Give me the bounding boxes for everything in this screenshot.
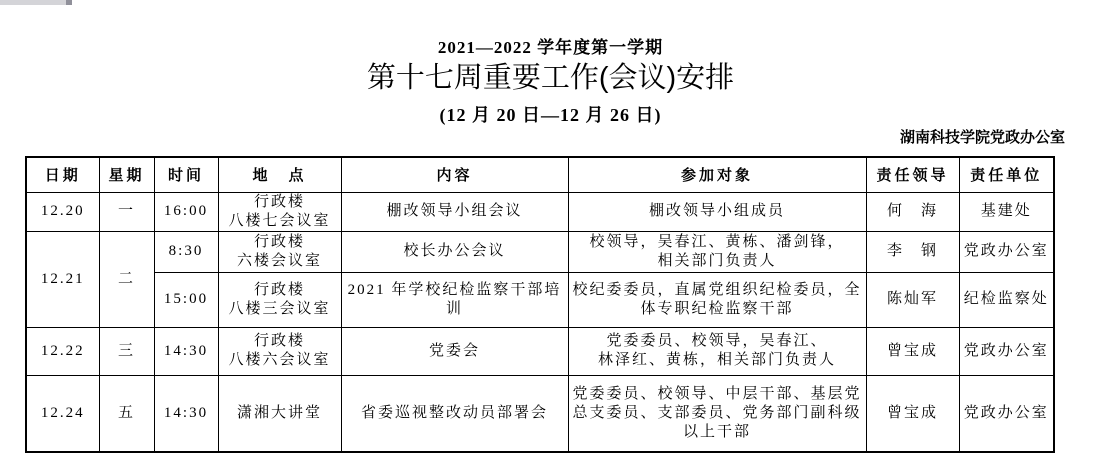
leader-cell: 李 钢 bbox=[866, 231, 959, 272]
horizontal-scrollbar-track[interactable] bbox=[0, 0, 72, 5]
participants-cell: 党委委员、校领导、中层干部、基层党 总支委员、支部委员、党务部门副科级 以上干部 bbox=[568, 375, 866, 452]
place-cell: 行政楼 八楼七会议室 bbox=[218, 192, 341, 231]
header-leader: 责任领导 bbox=[866, 157, 959, 192]
date-cell: 12.21 bbox=[26, 231, 99, 327]
date-range: (12 月 20 日—12 月 26 日) bbox=[0, 101, 1101, 127]
weekday-cell: 五 bbox=[99, 375, 154, 452]
leader-cell: 曾宝成 bbox=[866, 375, 959, 452]
participants-cell: 校领导，吴春江、黄栋、潘剑锋， 相关部门负责人 bbox=[568, 231, 866, 272]
time-cell: 8:30 bbox=[154, 231, 218, 272]
content-cell: 校长办公会议 bbox=[341, 231, 568, 272]
issuing-office: 湖南科技学院党政办公室 bbox=[0, 128, 1101, 148]
table-row: 15:00 行政楼 八楼三会议室 2021 年学校纪检监察干部培训 校纪委委员，… bbox=[26, 272, 1054, 327]
unit-cell: 纪检监察处 bbox=[959, 272, 1054, 327]
time-cell: 14:30 bbox=[154, 327, 218, 375]
content-cell: 党委会 bbox=[341, 327, 568, 375]
weekly-schedule-table: 日期 星期 时间 地 点 内容 参加对象 责任领导 责任单位 12.20 一 1… bbox=[25, 156, 1055, 453]
header-weekday: 星期 bbox=[99, 157, 154, 192]
unit-cell: 党政办公室 bbox=[959, 231, 1054, 272]
time-cell: 14:30 bbox=[154, 375, 218, 452]
participants-cell: 校纪委委员，直属党组织纪检委员，全 体专职纪检监察干部 bbox=[568, 272, 866, 327]
header-date: 日期 bbox=[26, 157, 99, 192]
weekday-cell: 三 bbox=[99, 327, 154, 375]
weekday-cell: 一 bbox=[99, 192, 154, 231]
header-time: 时间 bbox=[154, 157, 218, 192]
unit-cell: 党政办公室 bbox=[959, 375, 1054, 452]
participants-cell: 棚改领导小组成员 bbox=[568, 192, 866, 231]
table-row: 12.24 五 14:30 潇湘大讲堂 省委巡视整改动员部署会 党委委员、校领导… bbox=[26, 375, 1054, 452]
table-header-row: 日期 星期 时间 地 点 内容 参加对象 责任领导 责任单位 bbox=[26, 157, 1054, 192]
place-cell: 行政楼 六楼会议室 bbox=[218, 231, 341, 272]
page-title: 第十七周重要工作(会议)安排 bbox=[0, 61, 1101, 95]
date-cell: 12.22 bbox=[26, 327, 99, 375]
table-row: 12.21 二 8:30 行政楼 六楼会议室 校长办公会议 校领导，吴春江、黄栋… bbox=[26, 231, 1054, 272]
schedule-document: 2021—2022 学年度第一学期 第十七周重要工作(会议)安排 (12 月 2… bbox=[0, 0, 1101, 474]
participants-cell: 党委委员、校领导，吴春江、 林泽红、黄栋，相关部门负责人 bbox=[568, 327, 866, 375]
header-content: 内容 bbox=[341, 157, 568, 192]
title-block: 2021—2022 学年度第一学期 第十七周重要工作(会议)安排 (12 月 2… bbox=[0, 0, 1101, 127]
content-cell: 棚改领导小组会议 bbox=[341, 192, 568, 231]
content-cell: 省委巡视整改动员部署会 bbox=[341, 375, 568, 452]
date-cell: 12.24 bbox=[26, 375, 99, 452]
leader-cell: 何 海 bbox=[866, 192, 959, 231]
leader-cell: 陈灿军 bbox=[866, 272, 959, 327]
horizontal-scrollbar-thumb[interactable] bbox=[66, 0, 72, 5]
table-row: 12.20 一 16:00 行政楼 八楼七会议室 棚改领导小组会议 棚改领导小组… bbox=[26, 192, 1054, 231]
semester-title: 2021—2022 学年度第一学期 bbox=[0, 0, 1101, 58]
content-cell: 2021 年学校纪检监察干部培训 bbox=[341, 272, 568, 327]
header-place: 地 点 bbox=[218, 157, 341, 192]
time-cell: 16:00 bbox=[154, 192, 218, 231]
leader-cell: 曾宝成 bbox=[866, 327, 959, 375]
unit-cell: 党政办公室 bbox=[959, 327, 1054, 375]
unit-cell: 基建处 bbox=[959, 192, 1054, 231]
time-cell: 15:00 bbox=[154, 272, 218, 327]
table-row: 12.22 三 14:30 行政楼 八楼六会议室 党委会 党委委员、校领导，吴春… bbox=[26, 327, 1054, 375]
place-cell: 潇湘大讲堂 bbox=[218, 375, 341, 452]
header-unit: 责任单位 bbox=[959, 157, 1054, 192]
place-cell: 行政楼 八楼三会议室 bbox=[218, 272, 341, 327]
header-participants: 参加对象 bbox=[568, 157, 866, 192]
place-cell: 行政楼 八楼六会议室 bbox=[218, 327, 341, 375]
date-cell: 12.20 bbox=[26, 192, 99, 231]
weekday-cell: 二 bbox=[99, 231, 154, 327]
